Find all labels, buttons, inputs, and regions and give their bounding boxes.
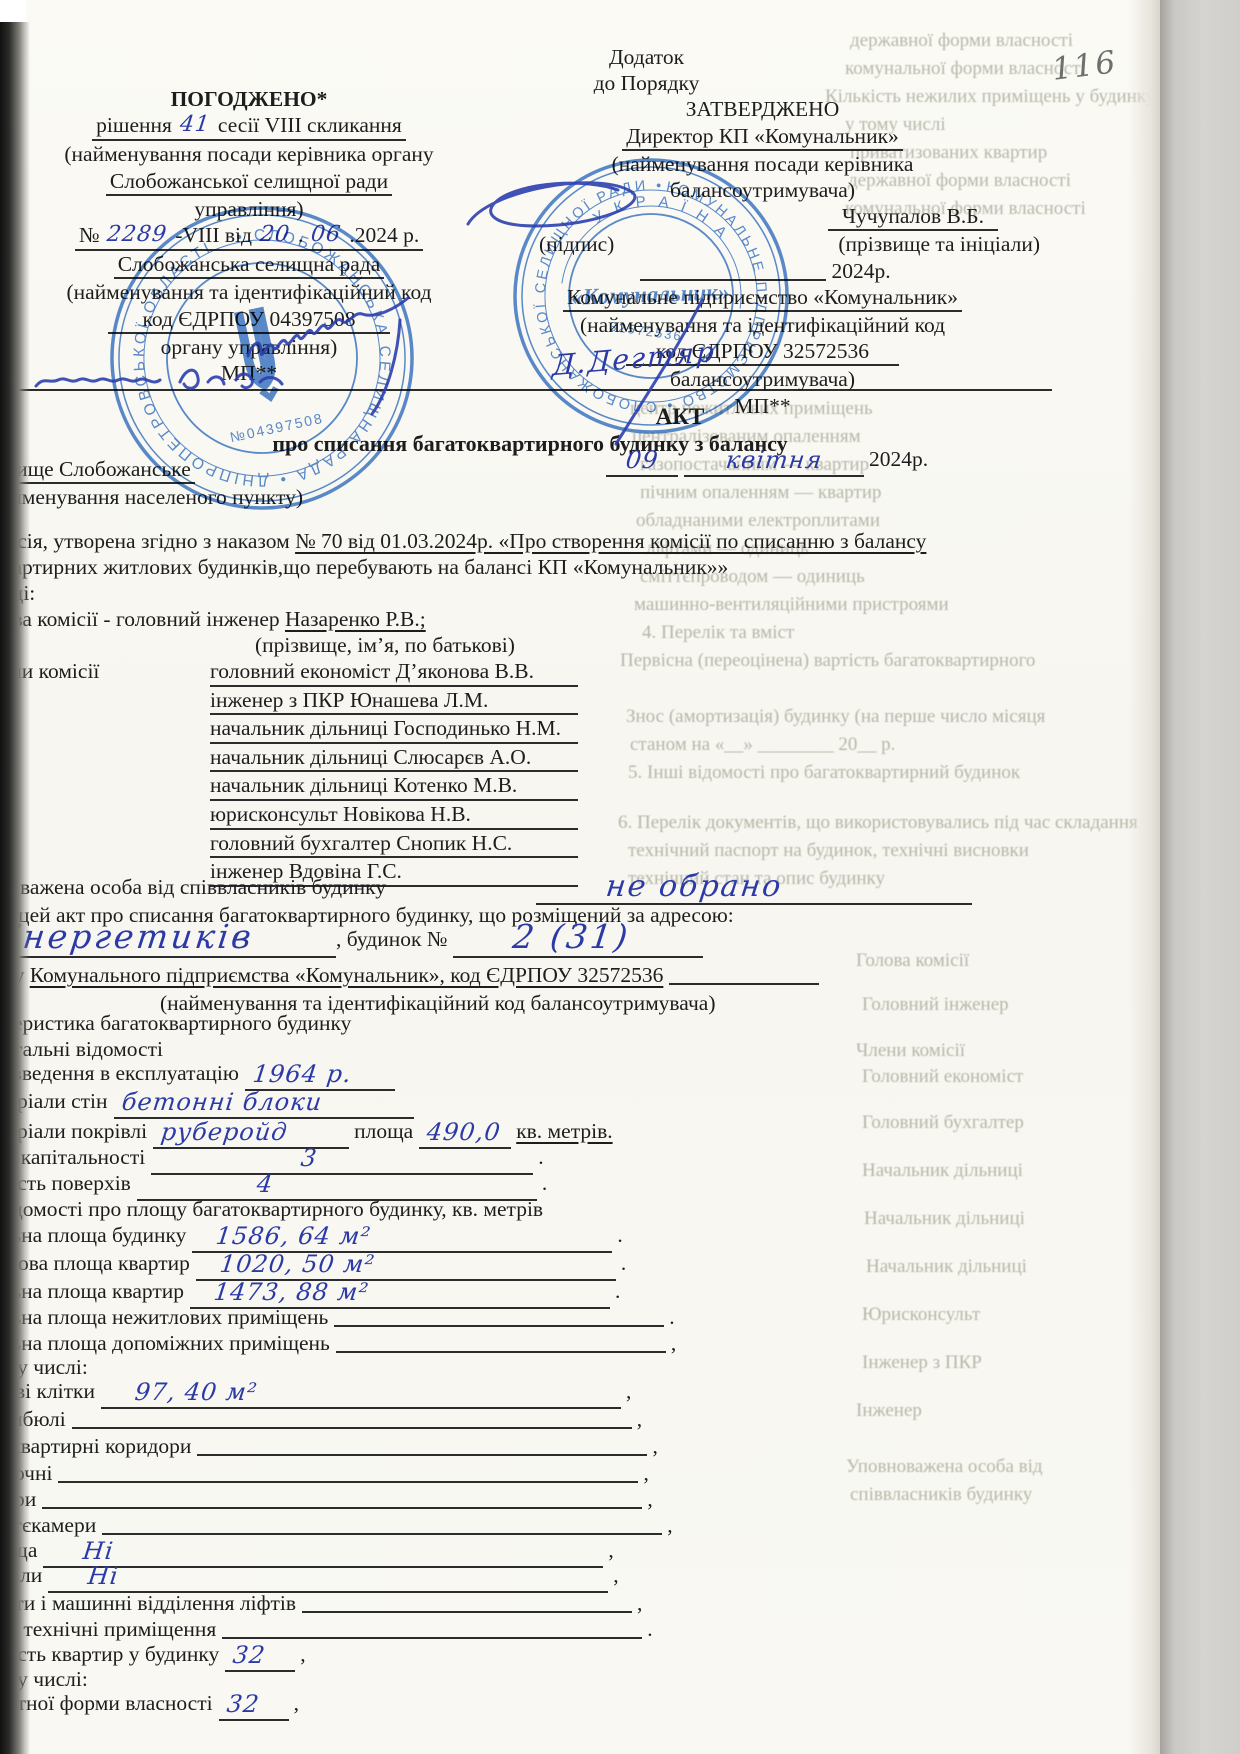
attics-handwritten: Ні [42, 1538, 124, 1564]
member-row: головний бухгалтер Снопик Н.С. [210, 830, 578, 859]
field-nonresidential-area: загальна площа нежитлових приміщень. [0, 1304, 675, 1330]
bleed-through-text: Головний економіст [862, 1066, 1023, 1088]
trident-icon [234, 307, 283, 406]
name-caption: (прізвище, ім’я, по батькові) [255, 632, 515, 658]
day-handwritten: 09 [616, 447, 668, 473]
bleed-through-text: співвласників будинку [850, 1484, 1032, 1506]
field-storerooms: комори, [0, 1486, 653, 1512]
bleed-through-text: технічний паспорт на будинок, технічні в… [628, 840, 1029, 862]
not-elected-handwritten: не обрано [534, 874, 792, 900]
bleed-through-text: Первісна (переоцінена) вартість багатокв… [620, 650, 1035, 672]
director-line: Директор КП «Комунальник» [475, 123, 1050, 151]
council-round-stamp: • СЛОБОЖАНСЬКА СЕЛИЩНА РАДА • ДНІПРОПЕТР… [100, 196, 424, 520]
basements-handwritten: Ні [47, 1563, 129, 1589]
field-private-ownership: приватної форми власності32, [0, 1690, 299, 1721]
bleed-through-text: Члени комісії [856, 1040, 965, 1062]
act-date-line: 09квітня2024р. [600, 446, 928, 477]
roof-area-handwritten: 490,0 [418, 1119, 511, 1145]
address-line: Енергетиків, будинок №2 (31) [0, 920, 703, 960]
bleed-through-text: 5. Інші відомості про багатоквартирний б… [628, 762, 1020, 784]
field-auxiliary-area: загальна площа допоміжних приміщень, [0, 1330, 676, 1356]
session-line: рішення41сесії VIII скликання [30, 112, 468, 141]
field-elevator-shafts: шахти і машинні відділення ліфтів, [0, 1590, 642, 1616]
company-round-stamp: КОМУНАЛЬНЕ ПІДПРИЄМСТВО • СЛОБОЖАНСЬКОЇ … [505, 150, 797, 442]
commission-paragraph-2: багатоквартирних житлових будинків,що пе… [0, 554, 728, 580]
field-staircases: сходові клітки97, 40 м², [0, 1378, 631, 1409]
bleed-through-text: Головний інженер [862, 994, 1009, 1016]
member-row: начальник дільниці Господинько Н.М. [210, 715, 578, 744]
member-row: юрисконсульт Новікова Н.В. [210, 801, 578, 830]
member-row: начальник дільниці Котенко М.В. [210, 772, 578, 801]
living-area-handwritten: 1020, 50 м² [194, 1251, 384, 1277]
field-pram-rooms: колясочні, [0, 1460, 649, 1486]
initials-caption: (прізвище та ініціали) [838, 231, 1040, 257]
bleed-through-text: станом на «__» ________ 20__ р. [630, 734, 895, 756]
bleed-through-text: Начальник дільниці [864, 1208, 1025, 1230]
approved-title-right: ЗАТВЕРДЖЕНО [475, 96, 1050, 122]
members-list: головний економіст Д’яконова В.В. інжене… [210, 658, 578, 887]
field-corridors: позаквартирні коридори, [0, 1433, 658, 1459]
field-vestibules: вестибюлі, [0, 1406, 642, 1432]
commission-head-line: Голова комісії - головний інженер Назаре… [0, 606, 426, 632]
head-name: Назаренко Р.В.; [285, 607, 426, 631]
session-number-handwritten: 41 [170, 112, 219, 138]
bleed-through-text: Голова комісії [856, 950, 969, 972]
field-year-commissioned: Рік введення в експлуатацію1964 р. [0, 1060, 395, 1091]
year-handwritten: 1964 р. [243, 1061, 361, 1087]
bleed-through-text: Начальник дільниці [862, 1160, 1023, 1182]
street-handwritten: Енергетиків [0, 919, 264, 955]
bleed-through-text: 4. Перелік та вміст [642, 622, 794, 644]
scan-right-background [1160, 0, 1240, 1754]
order-label: до Порядку [359, 70, 934, 96]
appendix-label: Додаток [359, 44, 934, 70]
private-count-handwritten: 32 [217, 1691, 269, 1717]
bleed-through-text: Юрисконсульт [862, 1304, 980, 1326]
member-row: інженер з ПКР Юнашева Л.М. [210, 687, 578, 716]
bleed-through-text: Уповноважена особа від [846, 1456, 1043, 1478]
bleed-through-text: машинно-вентиляційними пристроями [634, 594, 949, 616]
roof-handwritten: руберойд [152, 1119, 298, 1145]
field-basements: підвалиНі, [0, 1562, 619, 1593]
flats-area-handwritten: 1473, 88 м² [188, 1279, 378, 1305]
stamp-company-name: «Комунальник» [571, 279, 730, 310]
total-area-handwritten: 1586, 64 м² [191, 1223, 381, 1249]
walls-handwritten: бетонні блоки [112, 1089, 331, 1115]
field-living-area: житлова площа квартир1020, 50 м². [0, 1250, 626, 1281]
characteristics-title: Характеристика багатоквартирного будинку [0, 1010, 351, 1036]
bleed-through-text: пічним опаленням — квартир [640, 482, 882, 504]
field-garbage-rooms: сміттєкамери, [0, 1512, 673, 1538]
council-name: Слобожанської селищної ради [30, 168, 468, 196]
bleed-through-text: Начальник дільниці [866, 1256, 1027, 1278]
capital-group-handwritten: 3 [150, 1145, 327, 1171]
floors-handwritten: 4 [135, 1171, 282, 1197]
bleed-through-text: Головний бухгалтер [862, 1112, 1024, 1134]
areas-title: 2. Відомості про площу багатоквартирного… [0, 1196, 543, 1222]
authorized-person-line: Уповноважена особа від співвласників буд… [0, 874, 972, 905]
org-head-caption: (найменування посади керівника органу [30, 141, 468, 167]
bleed-through-text: Знос (амортизація) будинку (на перше чис… [626, 706, 1045, 728]
field-total-house-area: загальна площа будинку1586, 64 м². [0, 1222, 623, 1253]
house-number-handwritten: 2 (31) [451, 919, 641, 955]
page-right-shading [1128, 0, 1160, 1754]
member-row: начальник дільниці Слюсарєв А.О. [210, 744, 578, 773]
bleed-through-text: Інженер [856, 1400, 922, 1422]
field-other-technical: інші технічні приміщення. [0, 1616, 653, 1642]
scanned-act-document: { "page_no": "116", "punct": {"comma": "… [0, 0, 1240, 1754]
balance-line: з балансу Комунального підприємства «Ком… [0, 962, 819, 988]
month-handwritten: квітня [716, 447, 832, 473]
bleed-through-text: Інженер з ПКР [862, 1352, 982, 1374]
staircases-handwritten: 97, 40 м² [99, 1379, 267, 1405]
scan-left-edge [0, 22, 30, 1754]
bleed-through-text: 6. Перелік документів, що використовувал… [618, 812, 1138, 834]
member-row: головний економіст Д’яконова В.В. [210, 658, 578, 687]
field-wall-materials: Матеріали стінбетонні блоки [0, 1088, 414, 1119]
commission-paragraph-1: Комісія, утворена згідно з наказом № 70 … [0, 528, 926, 554]
flat-count-handwritten: 32 [224, 1642, 276, 1668]
